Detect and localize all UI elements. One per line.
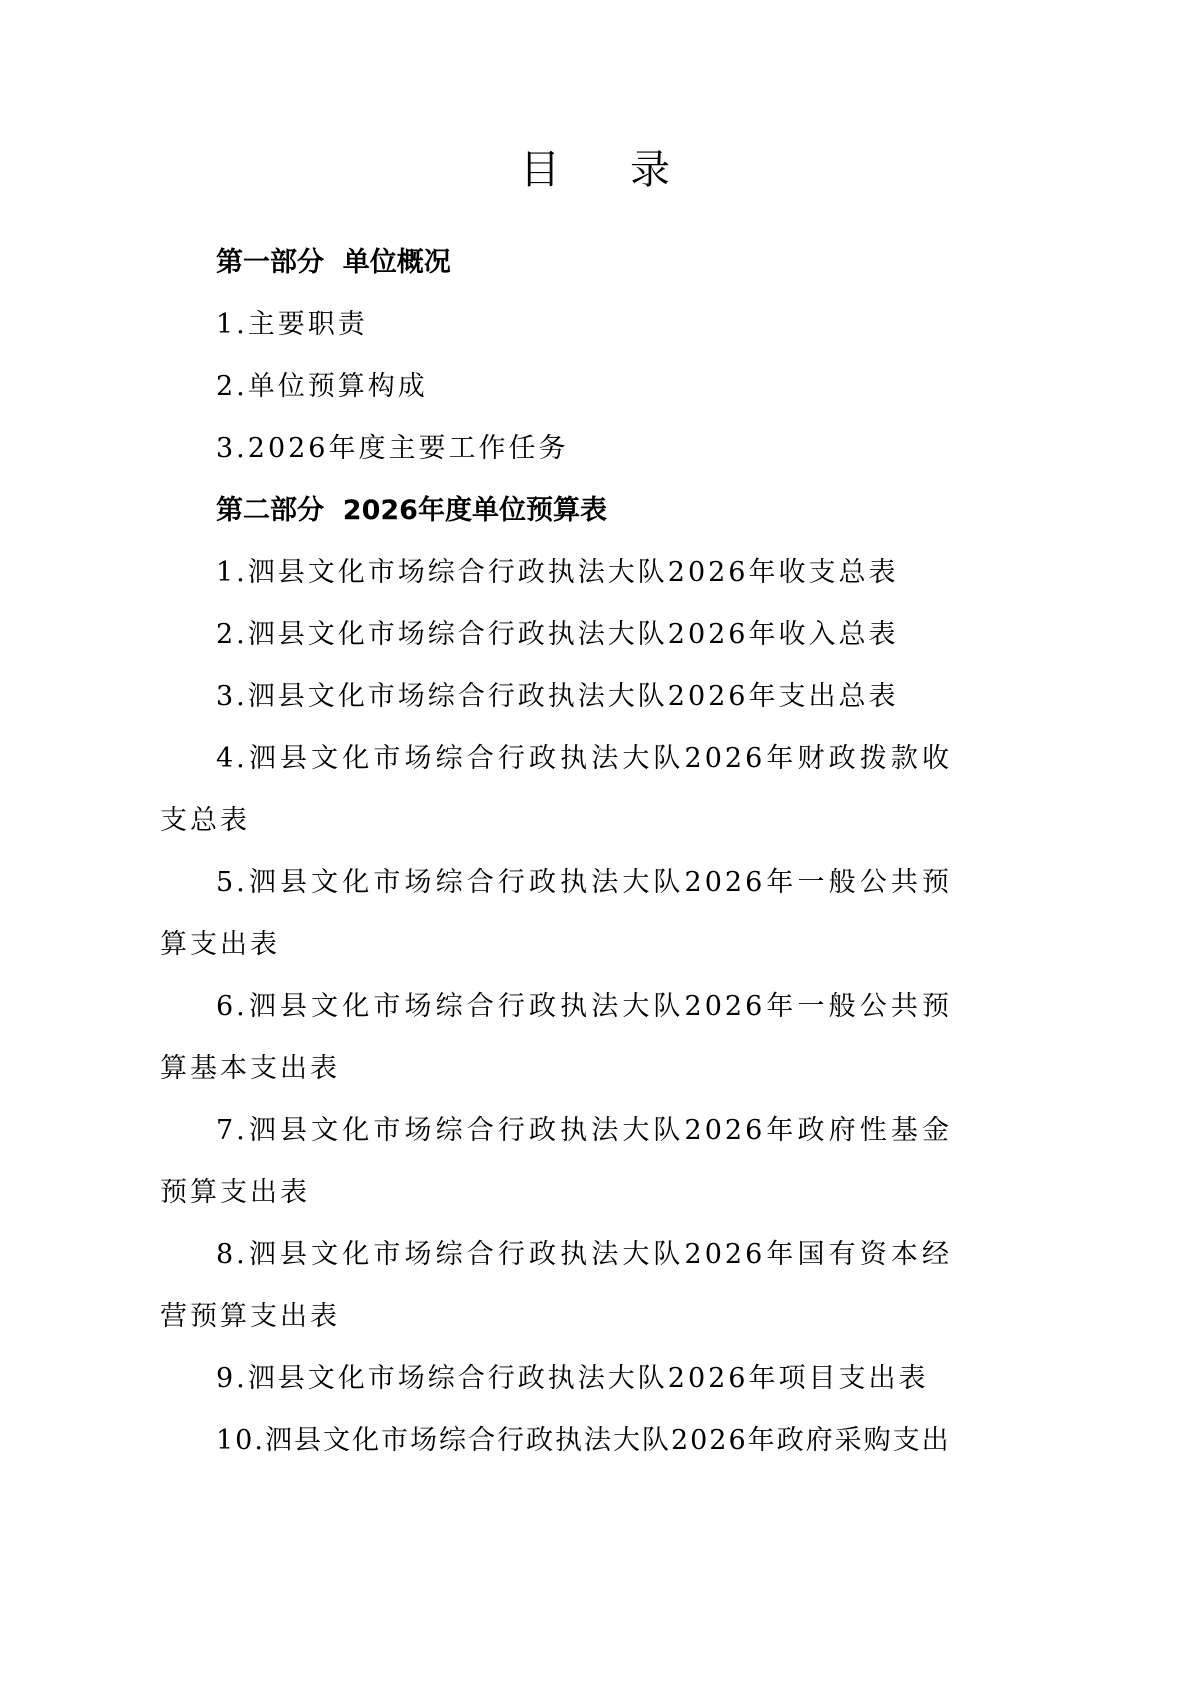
toc-item[interactable]: 2.单位预算构成	[160, 356, 952, 418]
toc-item[interactable]: 7.泗县文化市场综合行政执法大队2026年政府性基金预算支出表	[160, 1100, 952, 1224]
toc-item[interactable]: 5.泗县文化市场综合行政执法大队2026年一般公共预算支出表	[160, 852, 952, 976]
toc-item[interactable]: 2.泗县文化市场综合行政执法大队2026年收入总表	[160, 604, 952, 666]
title-char-1: 目	[520, 140, 560, 200]
toc-item[interactable]: 10.泗县文化市场综合行政执法大队2026年政府采购支出	[160, 1410, 952, 1472]
toc-item[interactable]: 4.泗县文化市场综合行政执法大队2026年财政拨款收支总表	[160, 728, 952, 852]
toc-part-heading[interactable]: 第二部分 2026年度单位预算表	[160, 480, 952, 542]
document-page: 目录 第一部分 单位概况 1.主要职责 2.单位预算构成 3.2026年度主要工…	[0, 0, 1190, 1684]
toc-item[interactable]: 6.泗县文化市场综合行政执法大队2026年一般公共预算基本支出表	[160, 976, 952, 1100]
title-char-2: 录	[630, 140, 670, 200]
toc-item[interactable]: 9.泗县文化市场综合行政执法大队2026年项目支出表	[160, 1348, 952, 1410]
toc-item[interactable]: 1.泗县文化市场综合行政执法大队2026年收支总表	[160, 542, 952, 604]
toc-item[interactable]: 3.泗县文化市场综合行政执法大队2026年支出总表	[160, 666, 952, 728]
page-title: 目录	[0, 140, 1190, 200]
toc-item[interactable]: 8.泗县文化市场综合行政执法大队2026年国有资本经营预算支出表	[160, 1224, 952, 1348]
table-of-contents: 第一部分 单位概况 1.主要职责 2.单位预算构成 3.2026年度主要工作任务…	[160, 232, 952, 1472]
toc-item[interactable]: 1.主要职责	[160, 294, 952, 356]
toc-item[interactable]: 3.2026年度主要工作任务	[160, 418, 952, 480]
toc-part-heading[interactable]: 第一部分 单位概况	[160, 232, 952, 294]
